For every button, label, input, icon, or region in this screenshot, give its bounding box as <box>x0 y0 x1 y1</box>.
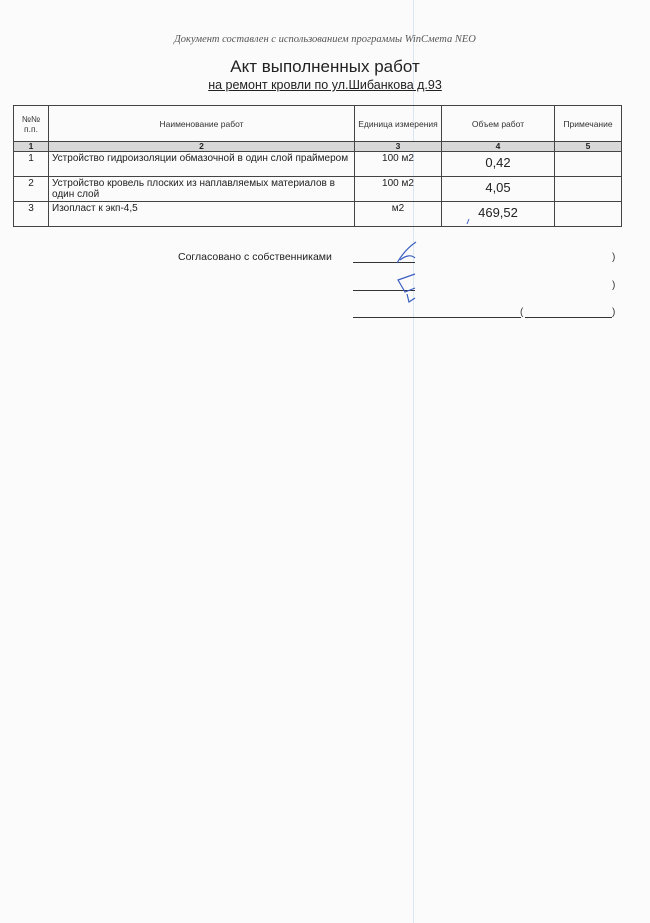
row-unit: м2 <box>355 202 442 227</box>
column-number: 5 <box>555 142 622 152</box>
works-table: №№ п.п. Наименование работ Единица измер… <box>13 105 622 227</box>
row-volume: 0,42 <box>442 152 555 177</box>
row-unit: 100 м2 <box>355 177 442 202</box>
table-header-row: №№ п.п. Наименование работ Единица измер… <box>14 106 622 142</box>
header-note: Примечание <box>555 106 622 142</box>
row-name: Изопласт к экп-4,5 <box>49 202 355 227</box>
row-note <box>555 152 622 177</box>
paren-close: ) <box>612 252 615 263</box>
column-number: 4 <box>442 142 555 152</box>
column-number-row: 1 2 3 4 5 <box>14 142 622 152</box>
row-unit: 100 м2 <box>355 152 442 177</box>
signature-line-3 <box>353 317 521 318</box>
handwritten-signature-icon <box>395 240 417 306</box>
row-note <box>555 202 622 227</box>
row-num: 3 <box>14 202 49 227</box>
signature-name-line-3 <box>525 317 612 318</box>
header-volume: Объем работ <box>442 106 555 142</box>
approval-label: Согласовано с собственниками <box>178 251 332 263</box>
paren-close: ) <box>612 280 615 291</box>
column-number: 2 <box>49 142 355 152</box>
table-row: 2 Устройство кровель плоских из наплавля… <box>14 177 622 202</box>
row-volume: 469,52 <box>442 202 555 227</box>
column-number: 1 <box>14 142 49 152</box>
row-name: Устройство гидроизоляции обмазочной в од… <box>49 152 355 177</box>
document-title: Акт выполненных работ <box>0 57 650 77</box>
header-name: Наименование работ <box>49 106 355 142</box>
program-note: Документ составлен с использованием прог… <box>0 34 650 45</box>
table-row: 3 Изопласт к экп-4,5 м2 469,52 <box>14 202 622 227</box>
row-volume: 4,05 <box>442 177 555 202</box>
column-number: 3 <box>355 142 442 152</box>
header-unit: Единица измерения <box>355 106 442 142</box>
paren-open: ( <box>520 307 523 318</box>
row-num: 2 <box>14 177 49 202</box>
row-name: Устройство кровель плоских из наплавляем… <box>49 177 355 202</box>
header-num: №№ п.п. <box>14 106 49 142</box>
table-row: 1 Устройство гидроизоляции обмазочной в … <box>14 152 622 177</box>
row-note <box>555 177 622 202</box>
document-subtitle: на ремонт кровли по ул.Шибанкова д.93 <box>0 78 650 92</box>
ink-mark-icon <box>465 218 471 226</box>
row-num: 1 <box>14 152 49 177</box>
paren-close: ) <box>612 307 615 318</box>
